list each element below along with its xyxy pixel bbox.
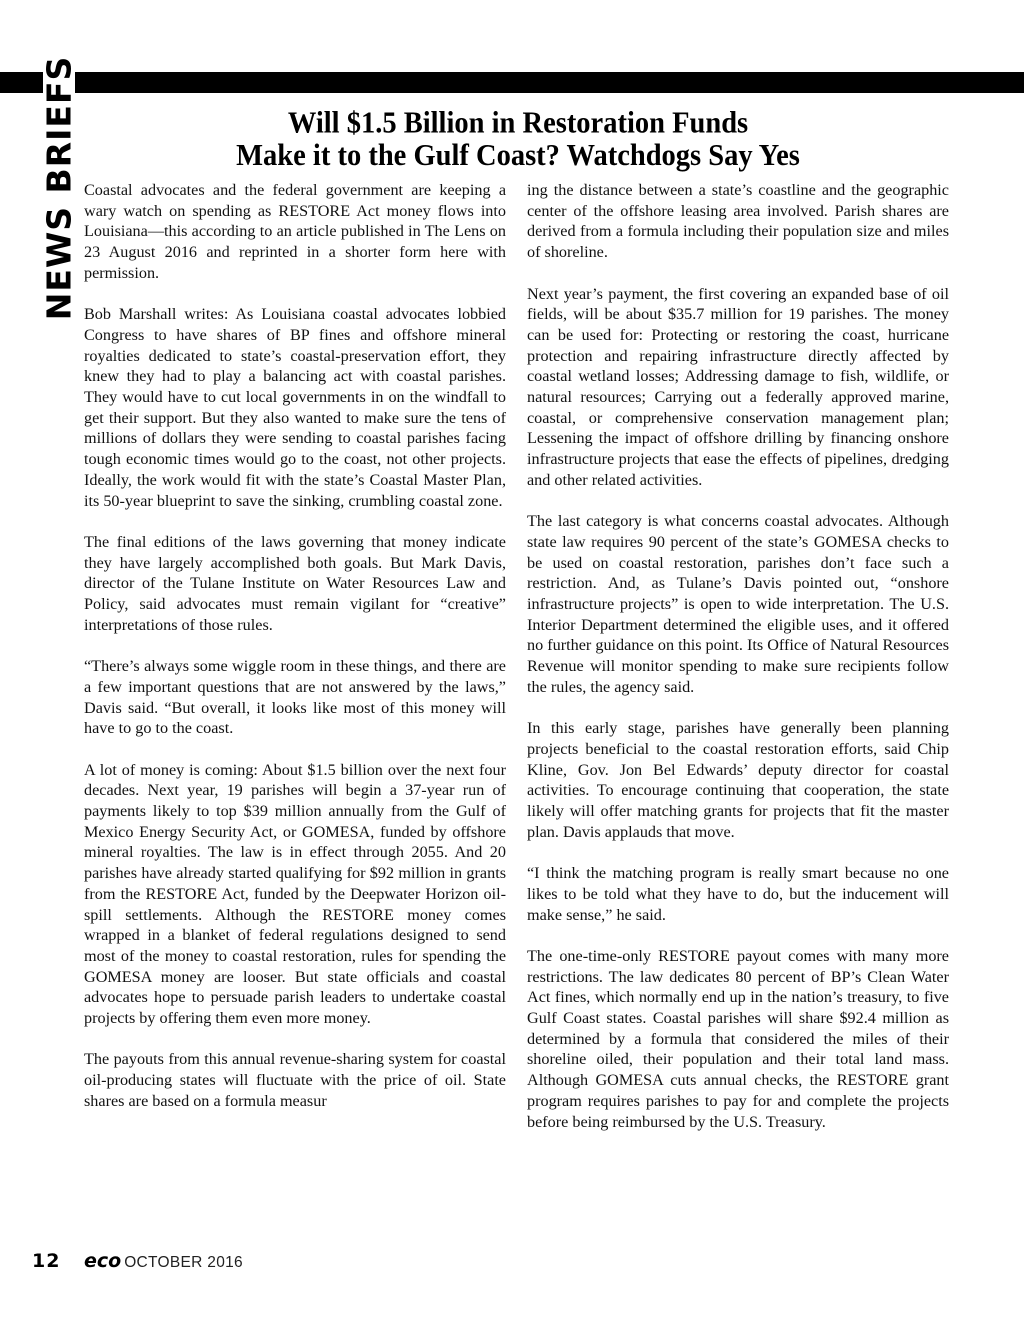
- article-headline: Will $1.5 Billion in Restoration Funds M…: [84, 108, 952, 173]
- paragraph: In this early stage, parishes have gener…: [527, 718, 949, 842]
- paragraph: The payouts from this annual revenue-sha…: [84, 1049, 506, 1111]
- paragraph: A lot of money is coming: About $1.5 bil…: [84, 760, 506, 1029]
- paragraph: Next year’s payment, the first covering …: [527, 284, 949, 491]
- paragraph: Bob Marshall writes: As Louisiana coasta…: [84, 304, 506, 511]
- paragraph: Coastal advocates and the federal govern…: [84, 180, 506, 284]
- page-number: 12: [32, 1250, 84, 1272]
- header-rule-right: [75, 72, 1024, 93]
- headline-line-1: Will $1.5 Billion in Restoration Funds: [288, 107, 748, 140]
- header-rule-left: [0, 72, 43, 93]
- magazine-logo: eco: [84, 1250, 121, 1272]
- article-column-left: Coastal advocates and the federal govern…: [84, 180, 506, 1132]
- paragraph: “I think the matching program is really …: [527, 863, 949, 925]
- paragraph: ing the distance between a state’s coast…: [527, 180, 949, 263]
- paragraph: The final editions of the laws governing…: [84, 532, 506, 636]
- issue-date: OCTOBER 2016: [124, 1254, 243, 1272]
- section-label-text: NEWS BRIEFS: [44, 56, 74, 321]
- paragraph: The last category is what concerns coast…: [527, 511, 949, 697]
- article-column-right: ing the distance between a state’s coast…: [527, 180, 949, 1153]
- paragraph: The one-time-only RESTORE payout comes w…: [527, 946, 949, 1132]
- paragraph: “There’s always some wiggle room in thes…: [84, 656, 506, 739]
- headline-line-2: Make it to the Gulf Coast? Watchdogs Say…: [236, 139, 800, 172]
- page-footer: 12 eco OCTOBER 2016: [32, 1250, 243, 1280]
- section-label: NEWS BRIEFS: [44, 40, 74, 336]
